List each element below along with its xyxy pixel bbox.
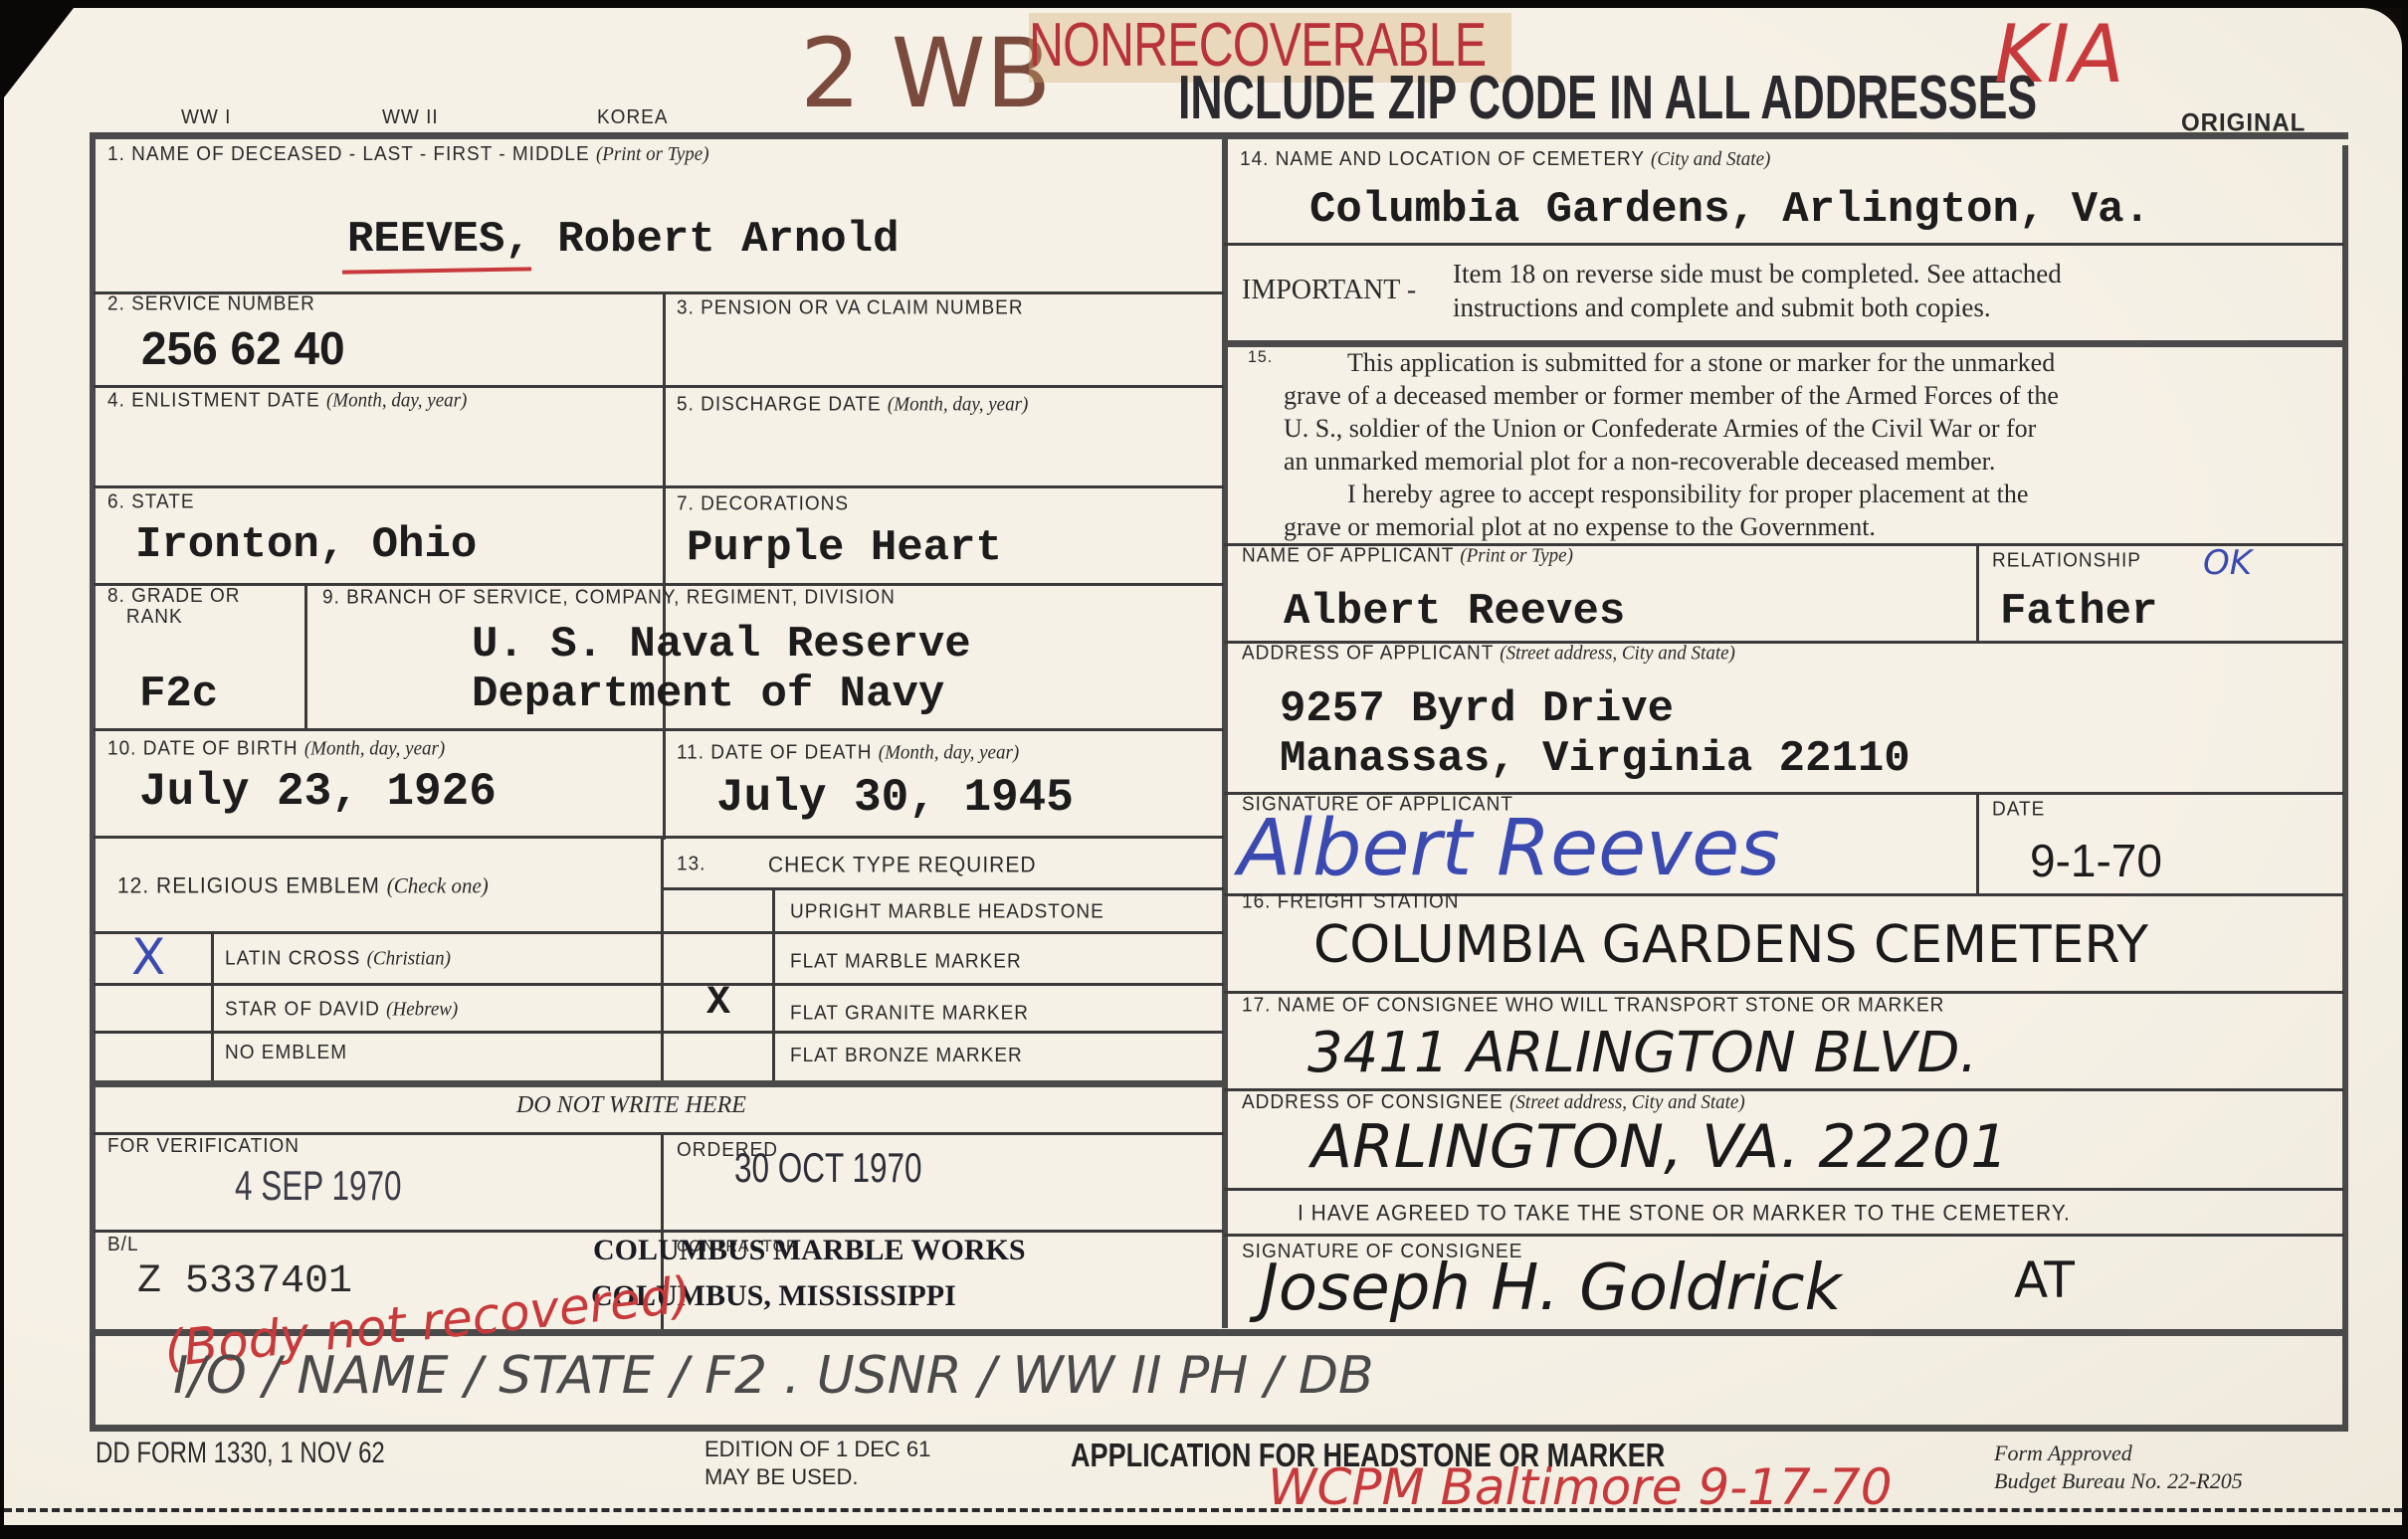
birth-date: July 23, 1926 bbox=[139, 766, 497, 818]
emblem-option-star-of-david[interactable]: STAR OF DAVID (Hebrew) bbox=[225, 998, 458, 1021]
branch-value-line1: U. S. Naval Reserve bbox=[472, 620, 971, 670]
grade-value: F2c bbox=[139, 670, 218, 719]
type-option-flat-granite[interactable]: FLAT GRANITE MARKER bbox=[790, 1002, 1029, 1025]
contractor-stamp-line1: COLUMBUS MARBLE WORKS bbox=[593, 1234, 1026, 1267]
type-option-flat-marble[interactable]: FLAT MARBLE MARKER bbox=[790, 950, 1022, 973]
divider bbox=[94, 1080, 1224, 1087]
ok-annotation: OK bbox=[2203, 543, 2252, 583]
field13-label: CHECK TYPE REQUIRED bbox=[768, 853, 1037, 877]
death-date: July 30, 1945 bbox=[716, 772, 1074, 824]
divider bbox=[1976, 792, 1979, 895]
divider bbox=[1224, 1188, 2344, 1191]
frame-left bbox=[90, 132, 96, 1431]
divider bbox=[663, 887, 1224, 890]
frame-bottom bbox=[90, 1425, 2348, 1432]
relationship-value: Father bbox=[2000, 587, 2157, 637]
pencil-notes: I/O / NAME / STATE / F2 . USNR / WW II P… bbox=[173, 1346, 1374, 1406]
field6-label: 6. STATE bbox=[107, 490, 195, 513]
zip-code-notice: INCLUDE ZIP CODE IN ALL ADDRESSES bbox=[1178, 63, 2037, 133]
perforation-line bbox=[4, 1508, 2402, 1512]
field3-label: 3. PENSION OR VA CLAIM NUMBER bbox=[677, 296, 1024, 319]
headstone-application-form: WW I WW II KOREA 2 WB NONRECOVERABLE INC… bbox=[4, 8, 2402, 1525]
divider bbox=[94, 931, 1224, 934]
applicant-name-value: Albert Reeves bbox=[1284, 587, 1625, 637]
form-id: DD FORM 1330, 1 NOV 62 bbox=[96, 1437, 385, 1470]
war-label-ww1: WW I bbox=[181, 106, 231, 129]
war-label-korea: KOREA bbox=[597, 106, 669, 129]
date-label: DATE bbox=[1992, 798, 2045, 821]
type-option-flat-bronze[interactable]: FLAT BRONZE MARKER bbox=[790, 1045, 1023, 1067]
applicant-name-label: NAME OF APPLICANT (Print or Type) bbox=[1242, 544, 1573, 567]
field9-label: 9. BRANCH OF SERVICE, COMPANY, REGIMENT,… bbox=[322, 586, 896, 609]
at-annotation: AT bbox=[2014, 1251, 2075, 1309]
field10-label: 10. DATE OF BIRTH (Month, day, year) bbox=[107, 737, 445, 760]
field2-label: 2. SERVICE NUMBER bbox=[107, 292, 315, 315]
form-approved: Form Approved bbox=[1994, 1441, 2132, 1466]
field12-label: 12. RELIGIOUS EMBLEM (Check one) bbox=[117, 872, 489, 898]
field17-label: 17. NAME OF CONSIGNEE WHO WILL TRANSPORT… bbox=[1242, 994, 1944, 1017]
field8-label: 8. GRADE OR RANK bbox=[107, 586, 240, 628]
type-check-flat-granite[interactable]: X bbox=[706, 981, 730, 1026]
applicant-address-line1: 9257 Byrd Drive bbox=[1280, 684, 1674, 734]
edition-line1: EDITION OF 1 DEC 61 bbox=[704, 1437, 930, 1462]
divider bbox=[661, 836, 664, 1080]
divider bbox=[663, 728, 666, 840]
type-option-upright[interactable]: UPRIGHT MARBLE HEADSTONE bbox=[790, 900, 1104, 923]
divider bbox=[94, 385, 1224, 388]
consignee-name-value: 3411 ARLINGTON BLVD. bbox=[1307, 1021, 1977, 1085]
field13-number: 13. bbox=[677, 853, 705, 875]
divider bbox=[211, 931, 214, 1080]
consignee-address-value: ARLINGTON, VA. 22201 bbox=[1311, 1112, 2008, 1182]
frame-right bbox=[2342, 145, 2348, 1431]
date-value: 9-1-70 bbox=[2030, 834, 2162, 887]
handwritten-kia: KIA bbox=[1994, 8, 2124, 100]
cemetery-value: Columbia Gardens, Arlington, Va. bbox=[1309, 185, 2150, 235]
important-label: IMPORTANT - bbox=[1242, 275, 1416, 306]
field15-number: 15. bbox=[1248, 349, 1273, 368]
divider bbox=[1224, 243, 2344, 246]
bl-label: B/L bbox=[107, 1234, 139, 1256]
applicant-signature: Albert Reeves bbox=[1238, 804, 1780, 893]
consignee-signature: Joseph H. Goldrick bbox=[1260, 1251, 1842, 1325]
handwritten-2wb: 2 WB bbox=[800, 18, 1051, 129]
edition-line2: MAY BE USED. bbox=[704, 1464, 858, 1490]
divider bbox=[304, 583, 307, 730]
divider bbox=[94, 983, 1224, 986]
agreement-text: I HAVE AGREED TO TAKE THE STONE OR MARKE… bbox=[1298, 1201, 2071, 1226]
divider bbox=[94, 1031, 1224, 1034]
relationship-label: RELATIONSHIP bbox=[1992, 549, 2141, 572]
service-number: 256 62 40 bbox=[141, 321, 345, 375]
field16-label: 16. FREIGHT STATION bbox=[1242, 890, 1460, 913]
field15-text: This application is submitted for a ston… bbox=[1284, 346, 2059, 543]
emblem-option-latin-cross[interactable]: LATIN CROSS (Christian) bbox=[225, 947, 451, 970]
deceased-name: REEVES, Robert Arnold bbox=[347, 215, 900, 265]
field11-label: 11. DATE OF DEATH (Month, day, year) bbox=[677, 741, 1019, 764]
verification-stamp: 4 SEP 1970 bbox=[235, 1162, 402, 1210]
field4-label: 4. ENLISTMENT DATE (Month, day, year) bbox=[107, 389, 467, 412]
applicant-address-line2: Manassas, Virginia 22110 bbox=[1280, 734, 1910, 784]
emblem-option-no-emblem[interactable]: NO EMBLEM bbox=[225, 1042, 347, 1064]
divider bbox=[94, 728, 1224, 731]
bl-value: Z 5337401 bbox=[137, 1259, 352, 1304]
divider bbox=[94, 1230, 1224, 1233]
state-value: Ironton, Ohio bbox=[135, 520, 477, 570]
field7-label: 7. DECORATIONS bbox=[677, 492, 849, 515]
divider bbox=[1976, 543, 1979, 643]
frame-top bbox=[90, 132, 2348, 139]
important-line1: Item 18 on reverse side must be complete… bbox=[1453, 259, 2062, 289]
field14-label: 14. NAME AND LOCATION OF CEMETERY (City … bbox=[1240, 148, 1770, 171]
divider bbox=[94, 836, 1224, 839]
red-underline bbox=[342, 267, 531, 274]
field1-label: 1. NAME OF DECEASED - LAST - FIRST - MID… bbox=[107, 143, 709, 166]
war-label-ww2: WW II bbox=[382, 106, 439, 129]
verification-label: FOR VERIFICATION bbox=[107, 1135, 300, 1158]
emblem-check-latin-cross[interactable]: X bbox=[131, 928, 165, 986]
decorations-value: Purple Heart bbox=[687, 523, 1002, 573]
do-not-write-here: DO NOT WRITE HERE bbox=[516, 1092, 746, 1119]
ordered-stamp: 30 OCT 1970 bbox=[734, 1144, 922, 1192]
important-line2: instructions and complete and submit bot… bbox=[1453, 292, 1991, 323]
applicant-address-label: ADDRESS OF APPLICANT (Street address, Ci… bbox=[1242, 642, 1735, 665]
field5-label: 5. DISCHARGE DATE (Month, day, year) bbox=[677, 393, 1028, 416]
freight-station-value: COLUMBIA GARDENS CEMETERY bbox=[1313, 915, 2148, 975]
budget-bureau-number: Budget Bureau No. 22-R205 bbox=[1994, 1468, 2243, 1494]
divider bbox=[1224, 1234, 2344, 1237]
branch-value-line2: Department of Navy bbox=[472, 670, 944, 719]
divider bbox=[94, 485, 1224, 488]
